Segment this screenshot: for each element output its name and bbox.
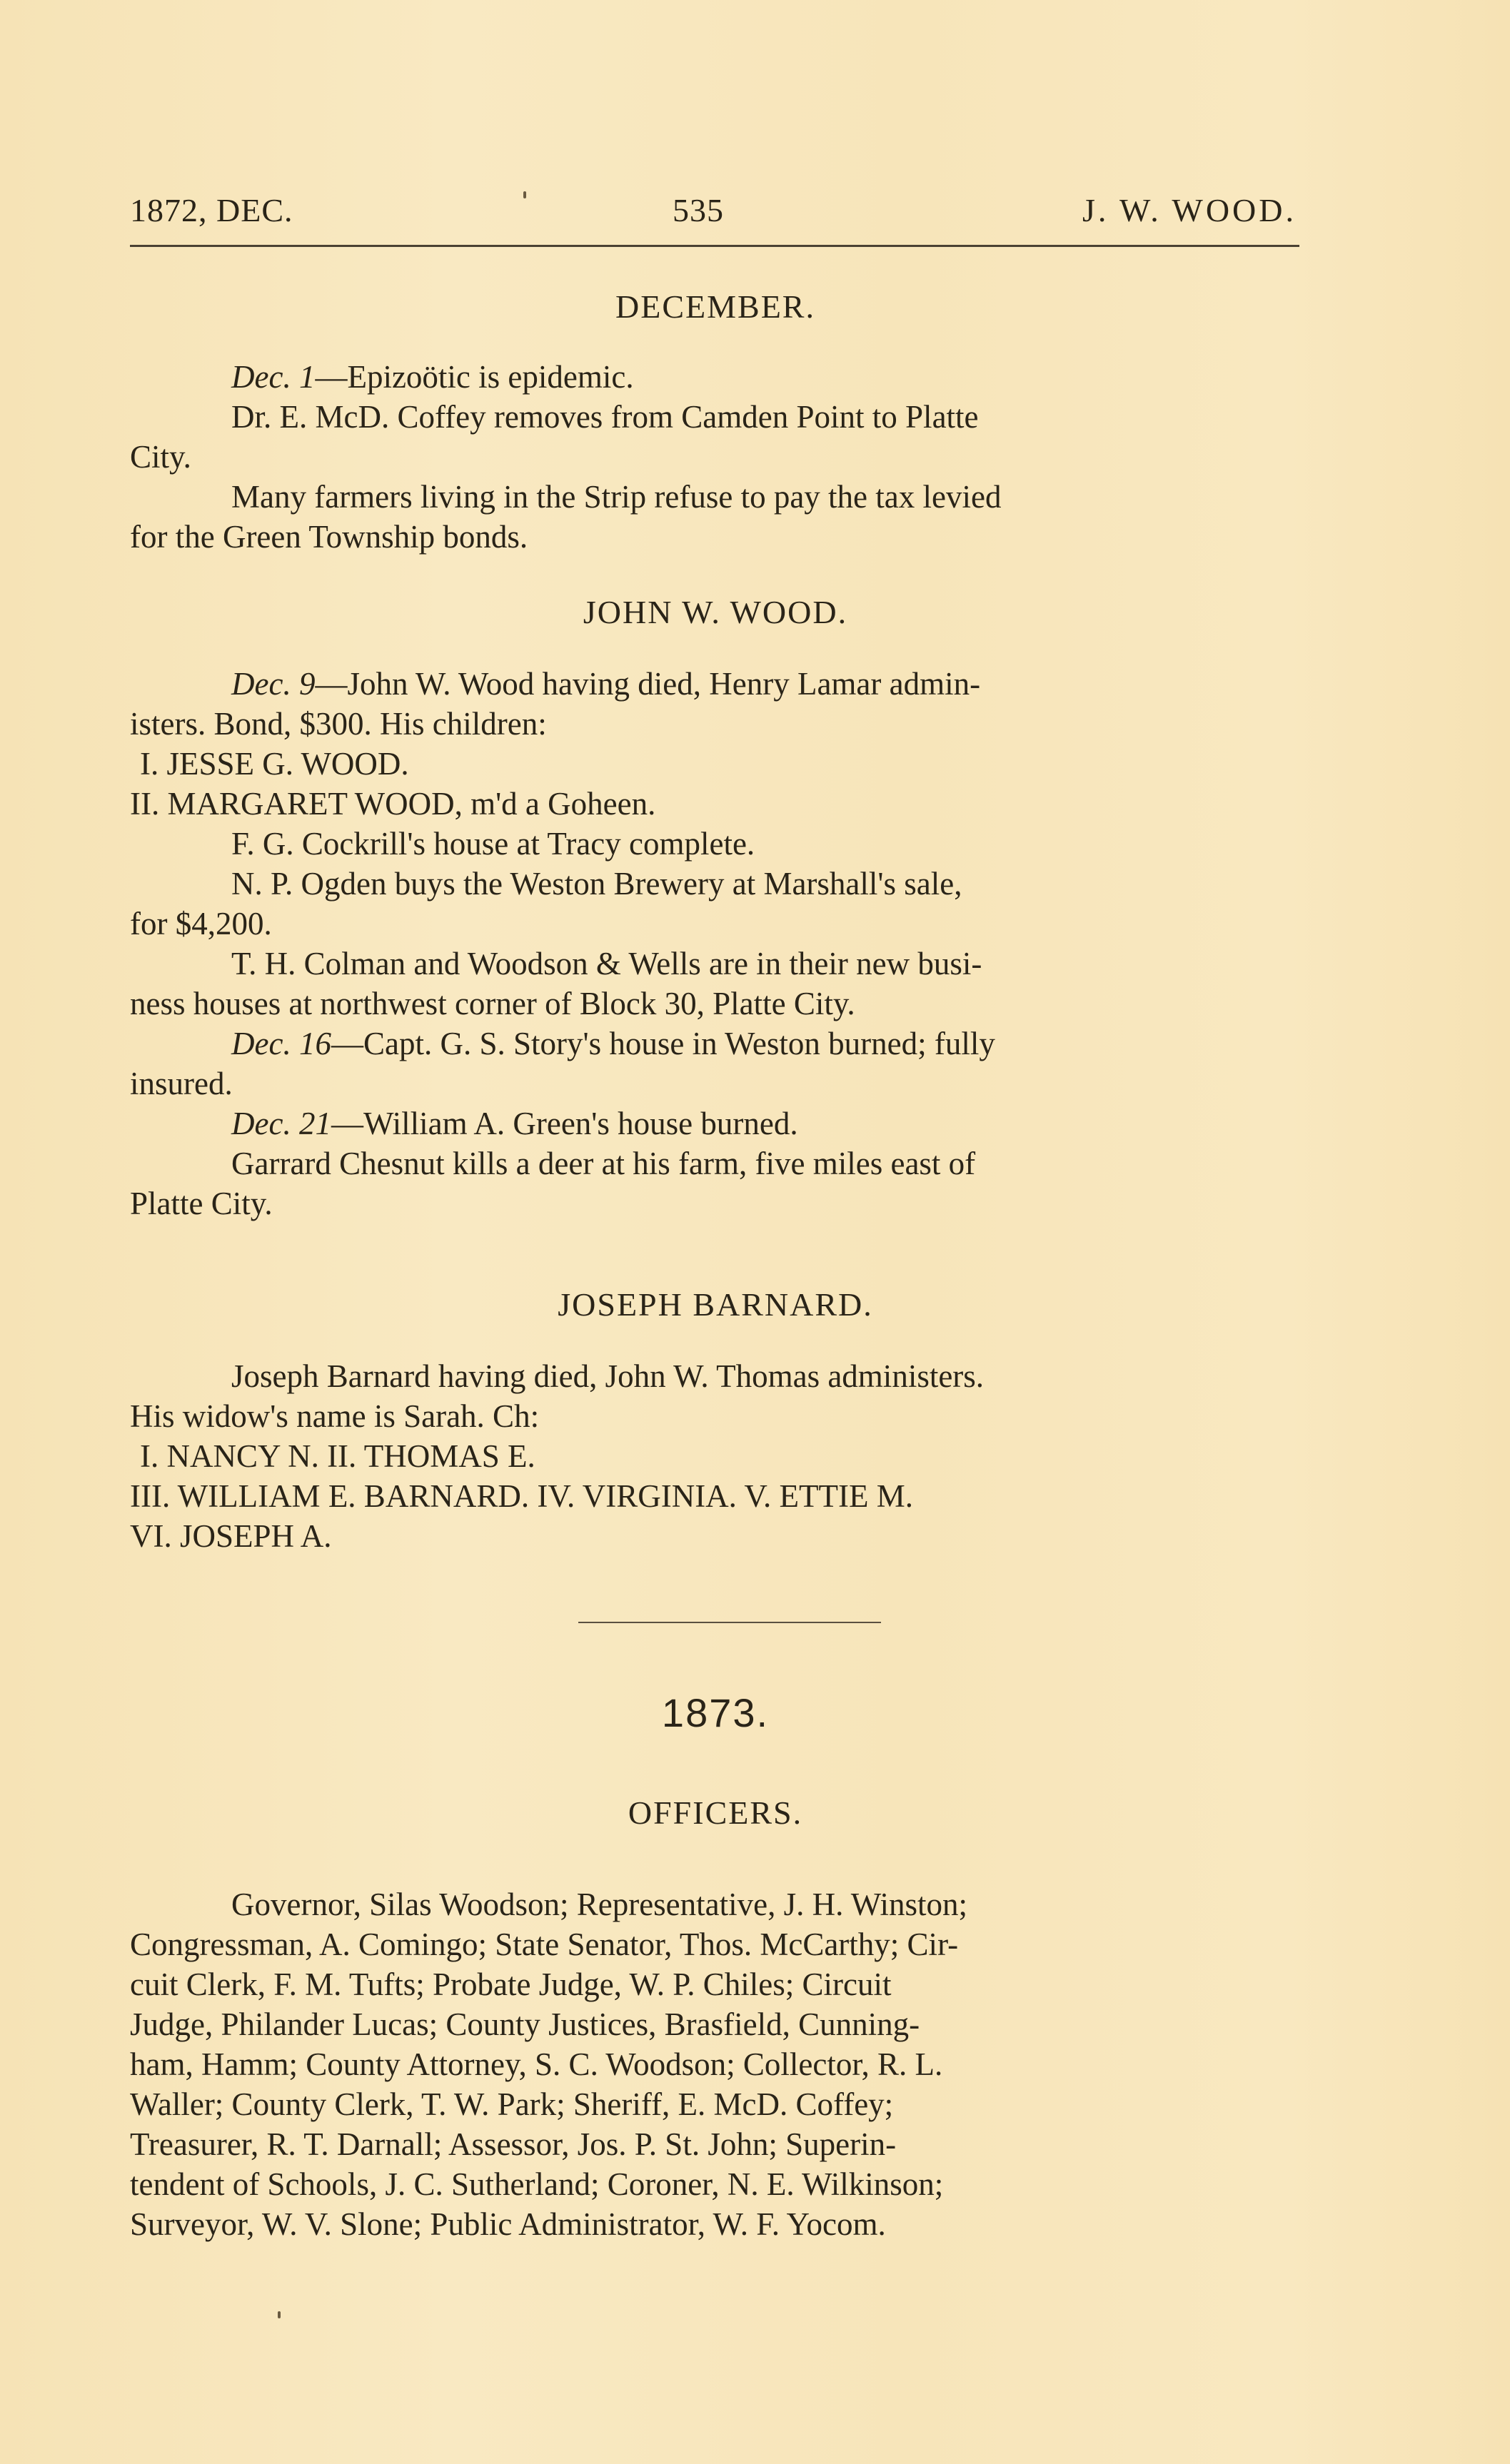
officers-line: Treasurer, R. T. Darnall; Assessor, Jos.…	[130, 2124, 1301, 2164]
entry-dec-16-cont: insured.	[130, 1064, 1301, 1104]
entry-ogden-cont: for $4,200.	[130, 904, 1301, 944]
entry-date: Dec. 16	[231, 1026, 331, 1061]
entry-colman: T. H. Colman and Woodson & Wells are in …	[130, 944, 1301, 984]
child-1: I. JESSE G. WOOD.	[130, 744, 1301, 784]
entry-dec-1: Dec. 1—Epizoötic is epidemic.	[130, 357, 1301, 397]
john-wood-entries: Dec. 9—John W. Wood having died, Henry L…	[130, 664, 1301, 1223]
running-head: 1872, DEC. 535 J. W. WOOD.	[130, 191, 1301, 234]
entry-dec-21: Dec. 21—William A. Green's house burned.	[130, 1104, 1301, 1143]
entry-colman-cont: ness houses at northwest corner of Block…	[130, 984, 1301, 1024]
entry-text: —Capt. G. S. Story's house in Weston bur…	[331, 1026, 995, 1061]
officers-line: cuit Clerk, F. M. Tufts; Probate Judge, …	[130, 1964, 1301, 2004]
december-entries: Dec. 1—Epizoötic is epidemic. Dr. E. McD…	[130, 357, 1301, 557]
children-line-3: VI. JOSEPH A.	[130, 1516, 1301, 1556]
joseph-barnard-entries: Joseph Barnard having died, John W. Thom…	[130, 1356, 1301, 1556]
entry-dec-9: Dec. 9—John W. Wood having died, Henry L…	[130, 664, 1301, 704]
officers-line: Congressman, A. Comingo; State Senator, …	[130, 1924, 1301, 1964]
entry-ogden: N. P. Ogden buys the Weston Brewery at M…	[130, 864, 1301, 904]
entry-coffey-cont: City.	[130, 437, 1301, 477]
entry-barnard-cont: His widow's name is Sarah. Ch:	[130, 1396, 1301, 1436]
entry-coffey: Dr. E. McD. Coffey removes from Camden P…	[130, 397, 1301, 437]
officers-line: tendent of Schools, J. C. Sutherland; Co…	[130, 2164, 1301, 2204]
year-heading: 1873.	[130, 1693, 1301, 1733]
entry-date: Dec. 1	[231, 359, 315, 395]
entry-farmers: Many farmers living in the Strip refuse …	[130, 477, 1301, 517]
child-2: II. MARGARET WOOD, m'd a Goheen.	[130, 784, 1301, 824]
paper-speck	[278, 2311, 281, 2318]
entry-chesnut: Garrard Chesnut kills a deer at his farm…	[130, 1143, 1301, 1183]
running-head-date: 1872, DEC.	[130, 191, 293, 229]
running-head-title: J. W. WOOD.	[1082, 191, 1297, 229]
officers-line: Surveyor, W. V. Slone; Public Administra…	[130, 2204, 1301, 2244]
entry-chesnut-cont: Platte City.	[130, 1183, 1301, 1223]
officers-line: Governor, Silas Woodson; Representative,…	[130, 1884, 1301, 1924]
officers-list: Governor, Silas Woodson; Representative,…	[130, 1884, 1301, 2244]
officers-line: ham, Hamm; County Attorney, S. C. Woodso…	[130, 2044, 1301, 2084]
children-line-2: III. WILLIAM E. BARNARD. IV. VIRGINIA. V…	[130, 1476, 1301, 1516]
entry-dec-16: Dec. 16—Capt. G. S. Story's house in Wes…	[130, 1024, 1301, 1064]
section-divider	[578, 1622, 881, 1623]
entry-barnard: Joseph Barnard having died, John W. Thom…	[130, 1356, 1301, 1396]
section-heading-officers: OFFICERS.	[130, 1792, 1301, 1834]
entry-cockrill: F. G. Cockrill's house at Tracy complete…	[130, 824, 1301, 864]
entry-text: —William A. Green's house burned.	[331, 1106, 798, 1141]
entry-farmers-cont: for the Green Township bonds.	[130, 517, 1301, 557]
header-rule	[130, 245, 1299, 247]
section-heading-december: DECEMBER.	[130, 286, 1301, 328]
entry-text: —John W. Wood having died, Henry Lamar a…	[315, 666, 980, 702]
entry-dec-9-cont: isters. Bond, $300. His children:	[130, 704, 1301, 744]
entry-date: Dec. 21	[231, 1106, 331, 1141]
paper-speck	[523, 191, 526, 198]
children-line-1: I. NANCY N. II. THOMAS E.	[130, 1436, 1301, 1476]
page-number: 535	[673, 191, 724, 229]
officers-line: Waller; County Clerk, T. W. Park; Sherif…	[130, 2084, 1301, 2124]
entry-text: —Epizoötic is epidemic.	[315, 359, 633, 395]
section-heading-joseph-barnard: JOSEPH BARNARD.	[130, 1283, 1301, 1326]
section-heading-john-wood: JOHN W. WOOD.	[130, 591, 1301, 634]
officers-line: Judge, Philander Lucas; County Justices,…	[130, 2004, 1301, 2044]
entry-date: Dec. 9	[231, 666, 315, 702]
